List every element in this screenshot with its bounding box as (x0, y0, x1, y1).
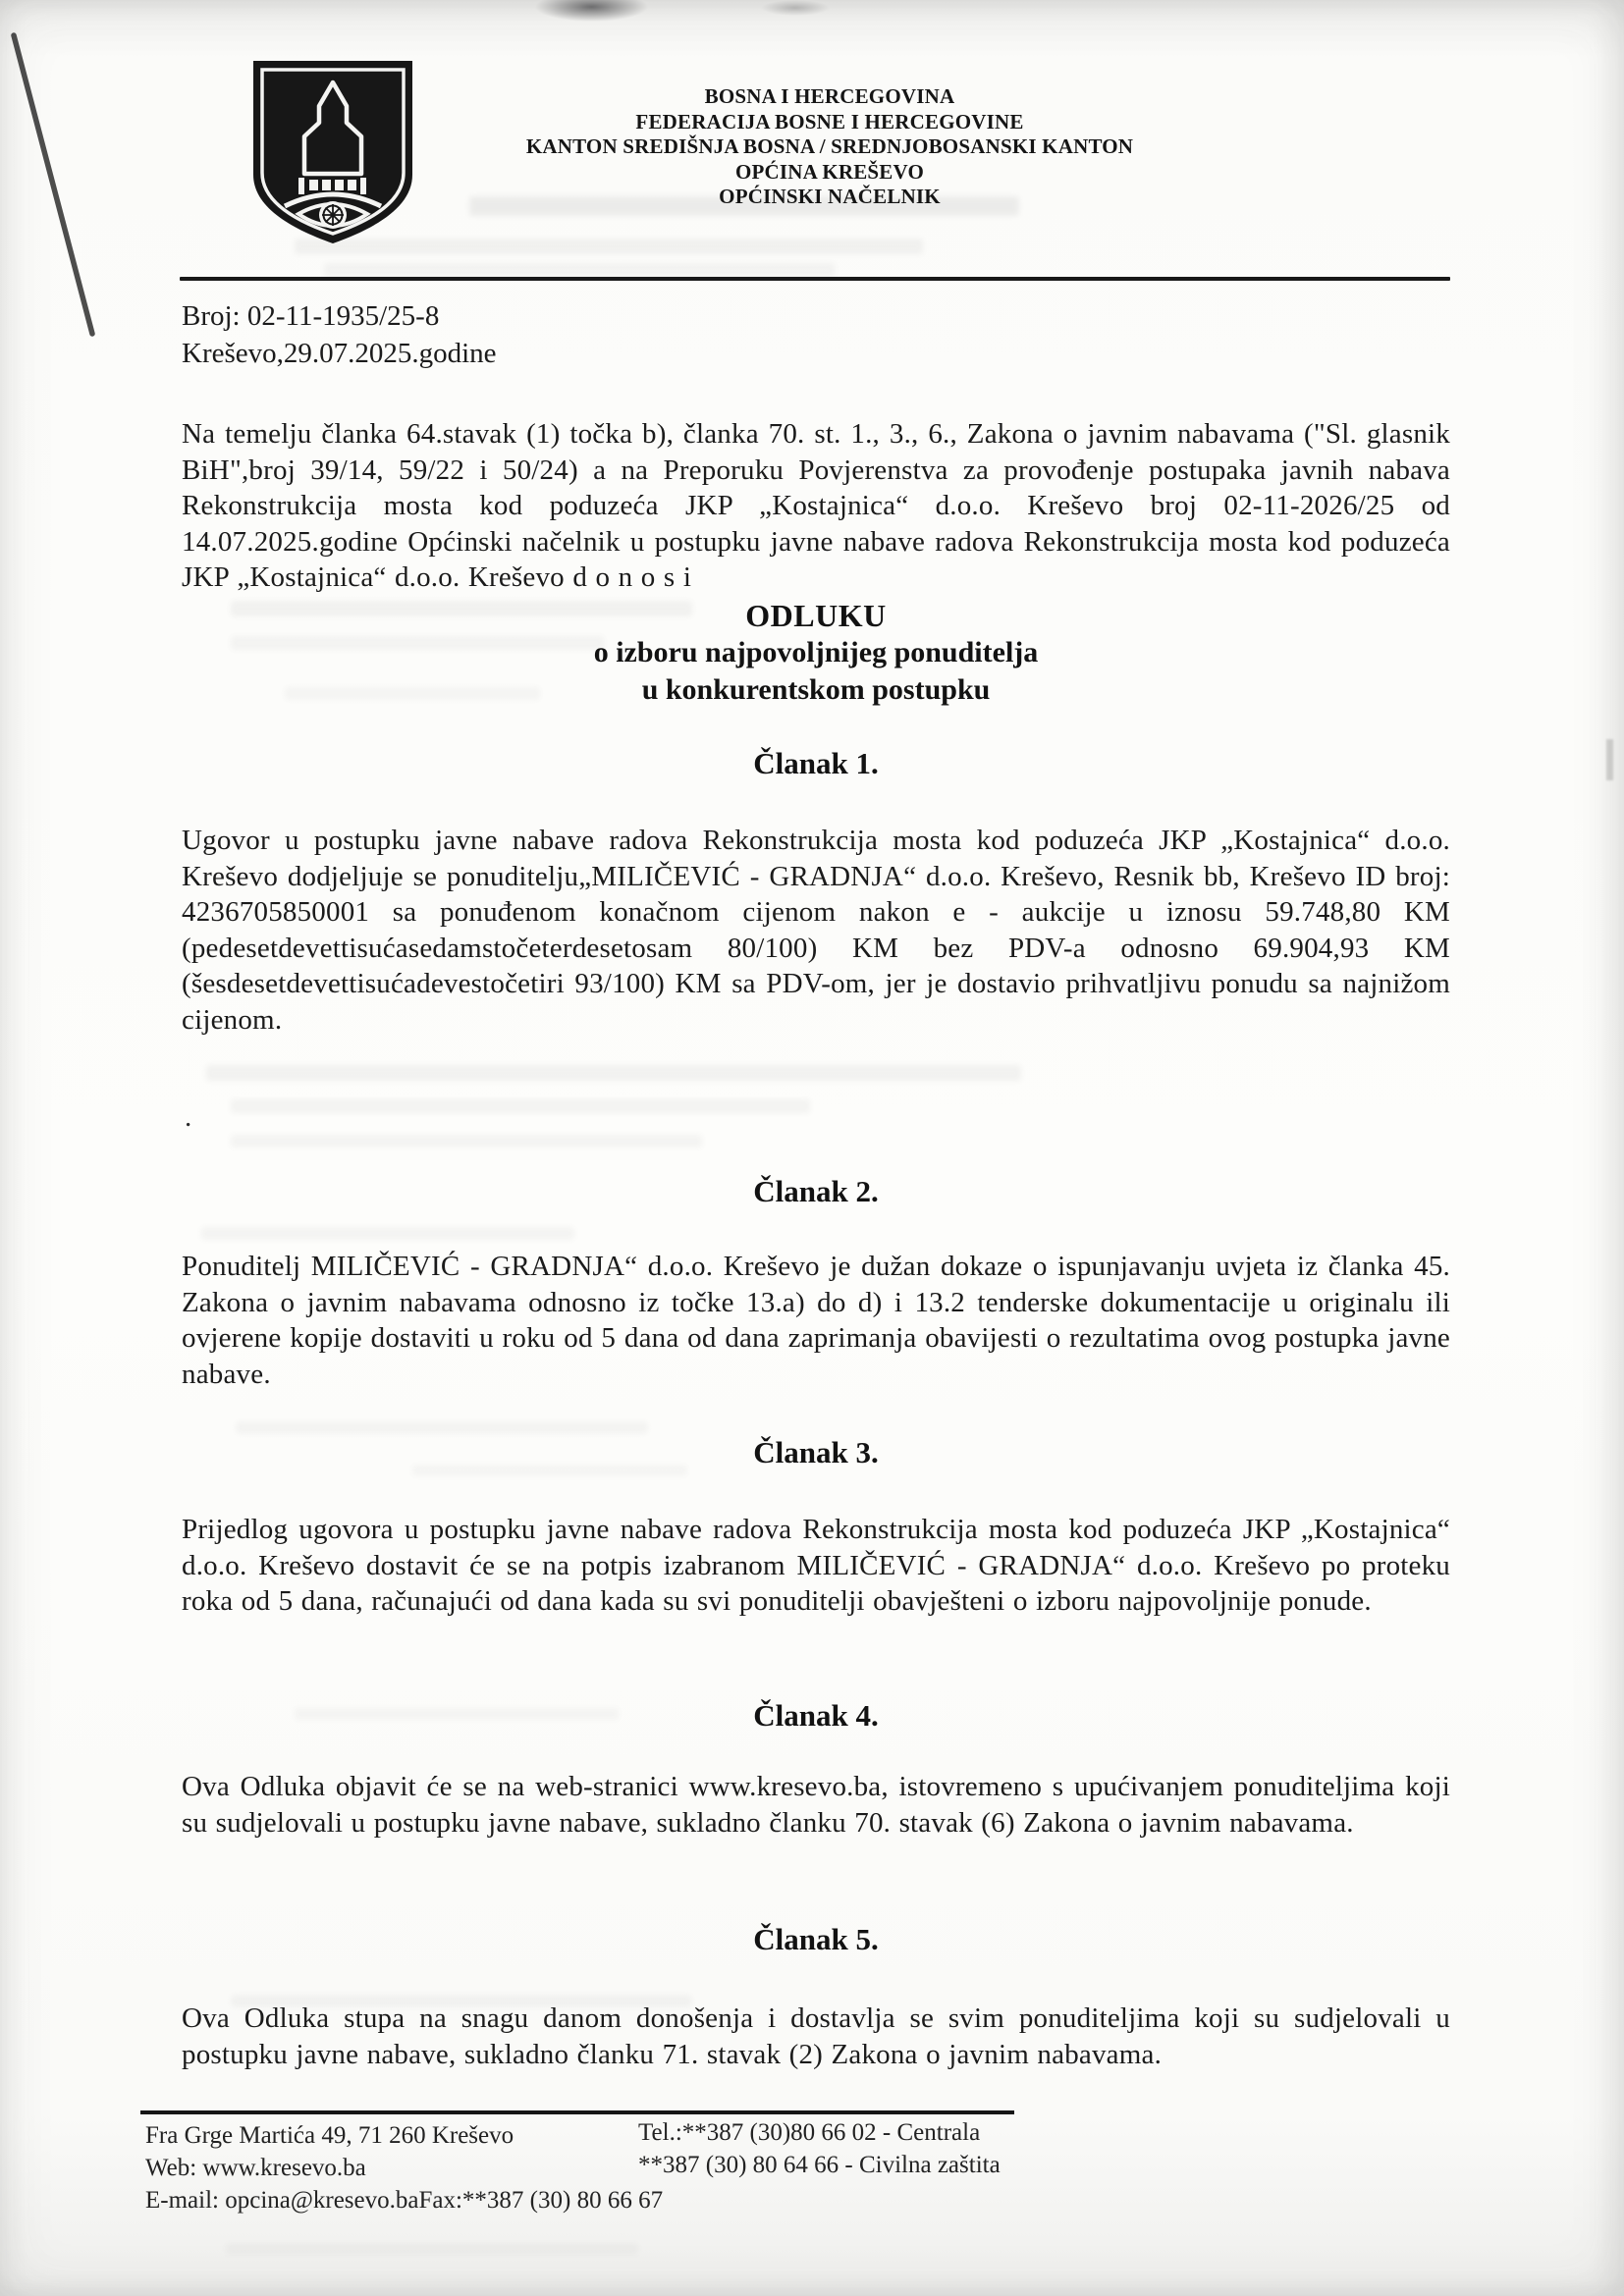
pen-stroke-artifact (0, 18, 128, 351)
footer-tel-centrala: Tel.:**387 (30)80 66 02 - Centrala (638, 2116, 1001, 2149)
bleedthrough-artifact (324, 263, 835, 277)
decision-subtitle-2: u konkurentskom postupku (182, 671, 1450, 709)
bleedthrough-artifact (231, 1099, 810, 1113)
org-line-mayor: OPĆINSKI NAČELNIK (412, 185, 1247, 210)
decision-subtitle-1: o izboru najpovoljnijeg ponuditelja (182, 634, 1450, 671)
article-3-heading: Članak 3. (182, 1435, 1450, 1470)
footer-email-fax: E-mail: opcina@kresevo.baFax:**387 (30) … (145, 2184, 663, 2216)
article-1-heading: Članak 1. (182, 746, 1450, 781)
article-2-body: Ponuditelj MILIČEVIĆ - GRADNJA“ d.o.o. K… (182, 1249, 1450, 1392)
document-number: Broj: 02-11-1935/25-8 (182, 297, 497, 335)
preamble-paragraph: Na temelju članka 64.stavak (1) točka b)… (182, 416, 1450, 596)
bleedthrough-artifact (236, 1421, 648, 1434)
article-1-body: Ugovor u postupku javne nabave radova Re… (182, 823, 1450, 1038)
scanner-smudge-artifact (761, 0, 830, 16)
footer-address: Fra Grge Martića 49, 71 260 Kreševo (145, 2119, 663, 2152)
article-5-heading: Članak 5. (182, 1922, 1450, 1957)
article-4-heading: Članak 4. (182, 1698, 1450, 1734)
scanner-smudge-artifact (535, 0, 648, 22)
org-line-country: BOSNA I HERCEGOVINA (412, 84, 1247, 110)
footer-right-column: Tel.:**387 (30)80 66 02 - Centrala **387… (638, 2116, 1001, 2181)
org-line-federation: FEDERACIJA BOSNE I HERCEGOVINE (412, 110, 1247, 135)
bleedthrough-artifact (206, 1065, 1021, 1081)
letterhead-org-block: BOSNA I HERCEGOVINA FEDERACIJA BOSNE I H… (412, 84, 1247, 210)
header-divider-rule (180, 277, 1450, 281)
kresevo-coat-of-arms-icon (247, 57, 420, 249)
footer-tel-civilna: **387 (30) 80 64 66 - Civilna zaštita (638, 2149, 1001, 2181)
bleedthrough-artifact (231, 1135, 702, 1148)
decision-title-block: ODLUKU o izboru najpovoljnijeg ponuditel… (182, 597, 1450, 709)
stray-dot-mark: . (185, 1101, 191, 1134)
bleedthrough-artifact (201, 1227, 574, 1240)
org-line-canton: KANTON SREDIŠNJA BOSNA / SREDNJOBOSANSKI… (412, 134, 1247, 160)
bleedthrough-artifact (226, 2243, 638, 2255)
footer-web: Web: www.kresevo.ba (145, 2152, 663, 2184)
org-line-municipality: OPĆINA KREŠEVO (412, 160, 1247, 186)
article-4-body: Ova Odluka objavit će se na web-stranici… (182, 1769, 1450, 1841)
decision-title: ODLUKU (182, 597, 1450, 634)
document-meta: Broj: 02-11-1935/25-8 Kreševo,29.07.2025… (182, 297, 497, 372)
article-5-body: Ova Odluka stupa na snagu danom donošenj… (182, 2001, 1450, 2072)
scanner-edge-mark-artifact (1606, 739, 1613, 780)
footer-divider-rule (140, 2110, 1014, 2114)
article-3-body: Prijedlog ugovora u postupku javne nabav… (182, 1512, 1450, 1620)
document-date: Kreševo,29.07.2025.godine (182, 335, 497, 372)
article-2-heading: Članak 2. (182, 1174, 1450, 1209)
footer-left-column: Fra Grge Martića 49, 71 260 Kreševo Web:… (145, 2119, 663, 2216)
scanned-document-page: BOSNA I HERCEGOVINA FEDERACIJA BOSNE I H… (0, 0, 1624, 2296)
